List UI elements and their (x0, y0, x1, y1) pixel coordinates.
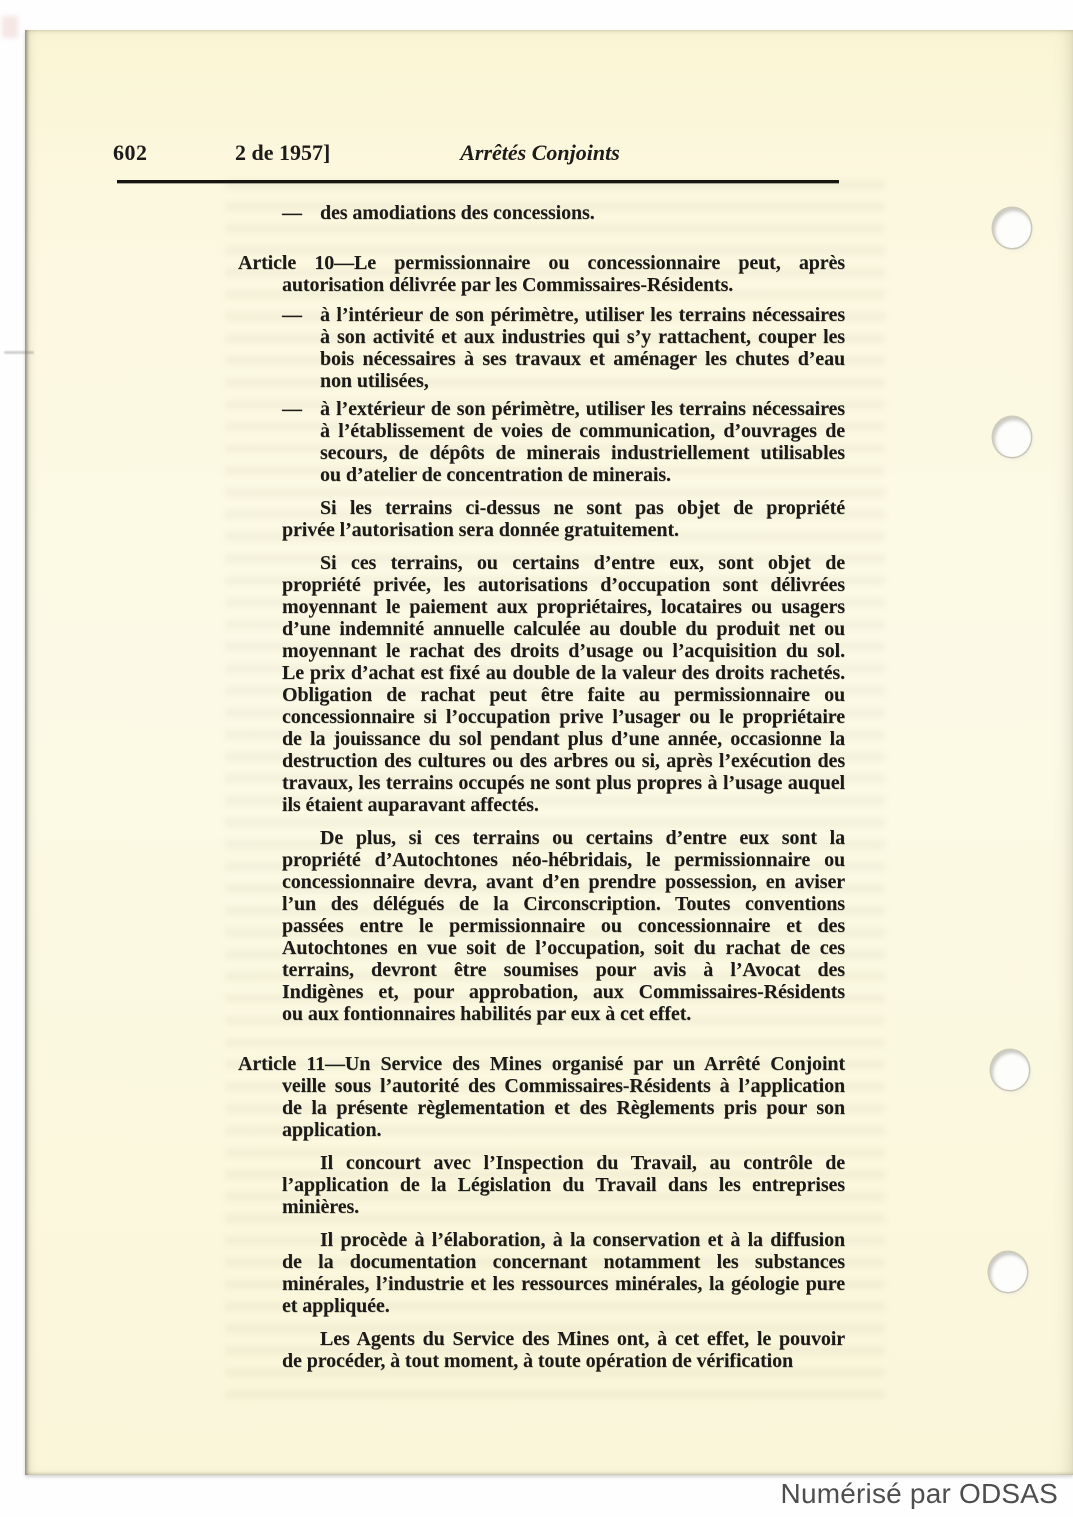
text-line: à l’intérieur de son périmètre, utiliser… (320, 304, 845, 326)
text-line: l’application de la Législation du Trava… (282, 1174, 845, 1196)
text-line: Il concourt avec l’Inspection du Travail… (282, 1152, 845, 1174)
issue-reference: 2 de 1957] (235, 140, 330, 166)
em-dash: — (282, 304, 302, 326)
punch-hole (993, 417, 1031, 457)
text-line: et appliquée. (282, 1295, 845, 1317)
text-line: minières. (282, 1196, 845, 1218)
dash-list-item: —à l’extérieur de son périmètre, utilise… (282, 398, 845, 486)
page-number: 602 (113, 140, 148, 166)
paragraph: De plus, si ces terrains ou certains d’e… (282, 827, 845, 1025)
header-rule (117, 180, 839, 183)
text-line: Article 11—Un Service des Mines organisé… (282, 1053, 845, 1075)
text-line: de procéder, à tout moment, à toute opér… (282, 1350, 845, 1372)
text-line: secours, de dépôts de minerais industrie… (320, 442, 845, 464)
text-line: application. (282, 1119, 845, 1141)
text-line: Autochtones en vue soit de l’occupation,… (282, 937, 845, 959)
text-line: moyennant le rachat des droits d’usage o… (282, 640, 845, 662)
scanned-page: 602 2 de 1957] Arrêtés Conjoints —des am… (25, 30, 1073, 1475)
punch-hole (993, 208, 1031, 248)
text-line: ils étaient auparavant affectés. (282, 794, 845, 816)
punch-hole (991, 1050, 1029, 1090)
paragraph: Les Agents du Service des Mines ont, à c… (282, 1328, 845, 1372)
text-line: Si les terrains ci-dessus ne sont pas ob… (282, 497, 845, 519)
text-line: d’une indemnité annuelle calculée au dou… (282, 618, 845, 640)
text-line: concessionnaire si l’occupation prive l’… (282, 706, 845, 728)
text-line: à l’extérieur de son périmètre, utiliser… (320, 398, 845, 420)
text-line: minérales, l’industrie et les ressources… (282, 1273, 845, 1295)
text-line: Obligation de rachat peut être faite au … (282, 684, 845, 706)
text-line: Le prix d’achat est fixé au double de la… (282, 662, 845, 684)
text-line: propriété privée, les autorisations d’oc… (282, 574, 845, 596)
text-line: non utilisées, (320, 370, 845, 392)
text-line: Les Agents du Service des Mines ont, à c… (282, 1328, 845, 1350)
em-dash: — (282, 398, 302, 420)
text-line: autorisation délivrée par les Commissair… (282, 274, 845, 296)
text-line: passées entre le permissionnaire ou conc… (282, 915, 845, 937)
text-line: veille sous l’autorité des Commissaires-… (282, 1075, 845, 1097)
running-title: Arrêtés Conjoints (385, 140, 695, 166)
page-header: 602 2 de 1957] Arrêtés Conjoints (25, 140, 1073, 168)
scan-mark (4, 351, 34, 354)
document-body: —des amodiations des concessions.Article… (282, 202, 845, 1372)
watermark-text: Numérisé par ODSAS (781, 1478, 1058, 1510)
text-line: Si ces terrains, ou certains d’entre eux… (282, 552, 845, 574)
text-line: Indigènes et, pour approbation, aux Comm… (282, 981, 845, 1003)
text-line: destruction des cultures ou des arbres o… (282, 750, 845, 772)
article-paragraph: Article 10—Le permissionnaire ou concess… (282, 252, 845, 296)
scan-smudge (2, 16, 18, 38)
text-line: à son activité et aux industries qui s’y… (320, 326, 845, 348)
text-line: privée l’autorisation sera donnée gratui… (282, 519, 845, 541)
text-line: Il procède à l’élaboration, à la conserv… (282, 1229, 845, 1251)
paragraph: Si ces terrains, ou certains d’entre eux… (282, 552, 845, 816)
paragraph: Si les terrains ci-dessus ne sont pas ob… (282, 497, 845, 541)
text-line: à l’établissement de voies de communicat… (320, 420, 845, 442)
text-line: terrains, devront être soumises pour avi… (282, 959, 845, 981)
punch-hole (989, 1252, 1027, 1292)
text-line: travaux, les terrains occupés ne sont pl… (282, 772, 845, 794)
text-line: de la documentation concernant notamment… (282, 1251, 845, 1273)
text-line: de la jouissance du sol pendant plus d’u… (282, 728, 845, 750)
text-line: l’un des délégués de la Circonscription.… (282, 893, 845, 915)
text-line: de la présente règlementation et des Règ… (282, 1097, 845, 1119)
text-line: des amodiations des concessions. (320, 202, 845, 224)
text-line: Article 10—Le permissionnaire ou concess… (282, 252, 845, 274)
text-line: concessionnaire devra, avant d’en prendr… (282, 871, 845, 893)
text-line: bois nécessaires à ses travaux et aménag… (320, 348, 845, 370)
paragraph: Il concourt avec l’Inspection du Travail… (282, 1152, 845, 1218)
text-line: moyennant le paiement aux propriétaires,… (282, 596, 845, 618)
paragraph: Il procède à l’élaboration, à la conserv… (282, 1229, 845, 1317)
dash-list-item: —à l’intérieur de son périmètre, utilise… (282, 304, 845, 392)
text-line: ou d’atelier de concentration de minerai… (320, 464, 845, 486)
text-line: De plus, si ces terrains ou certains d’e… (282, 827, 845, 849)
text-line: propriété d’Autochtones néo-hébridais, l… (282, 849, 845, 871)
text-line: ou aux fontionnaires habilités par eux à… (282, 1003, 845, 1025)
dash-list-item: —des amodiations des concessions. (282, 202, 845, 224)
article-paragraph: Article 11—Un Service des Mines organisé… (282, 1053, 845, 1141)
em-dash: — (282, 202, 302, 224)
